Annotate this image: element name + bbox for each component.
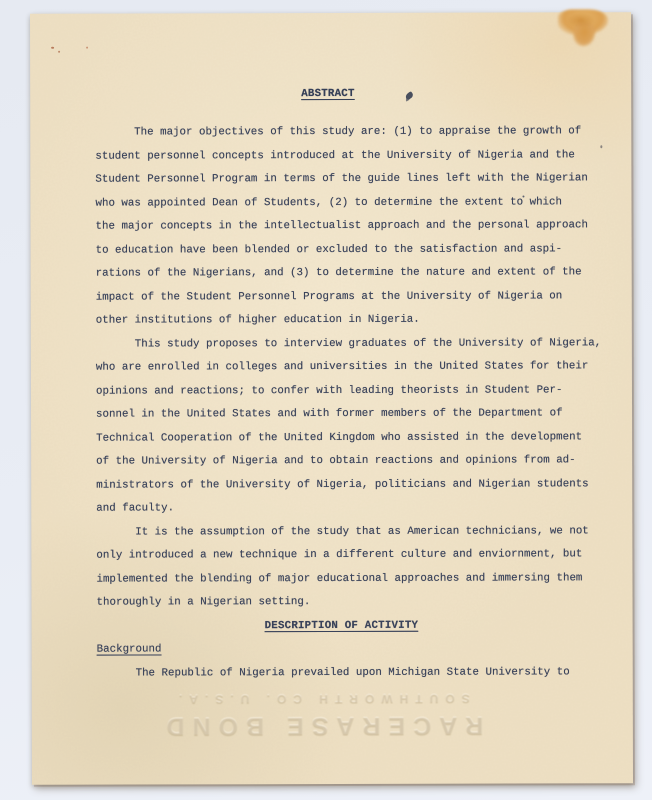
text-line: Technical Cooperation of the United King…	[96, 426, 601, 451]
text-line: The major objectives of this study are: …	[95, 120, 600, 145]
text-line: This study proposes to interview graduat…	[96, 332, 601, 357]
ink-smudge	[404, 91, 414, 100]
text-line: sonnel in the United States and with for…	[96, 402, 601, 427]
text-line: rations of the Nigerians, and (3) to det…	[96, 261, 601, 286]
scan-background: ABSTRACT The major objectives of this st…	[0, 0, 652, 800]
paper-speck	[58, 51, 60, 53]
text-line: who was appointed Dean of Students, (2) …	[95, 191, 600, 216]
section-heading: DESCRIPTION OF ACTIVITY	[265, 614, 602, 638]
subheading-label: Background	[97, 643, 162, 655]
text-line: and faculty.	[96, 496, 601, 521]
text-line: the major concepts in the intellectualis…	[96, 214, 601, 239]
paper-stain-core	[568, 13, 594, 27]
watermark-maker-text: SOUTHWORTH CO. U.S.A.	[151, 690, 491, 709]
text-line: of the University of Nigeria and to obta…	[96, 449, 601, 474]
text-line: implemented the blending of major educat…	[96, 567, 601, 592]
text-lines: The major objectives of this study are: …	[95, 120, 602, 685]
text-line: thoroughly in a Nigerian setting.	[97, 590, 602, 615]
text-line: who are enrolled in colleges and univers…	[96, 355, 601, 380]
paper-speck	[51, 47, 54, 49]
text-line: only introduced a new technique in a dif…	[96, 543, 601, 568]
abstract-heading: ABSTRACT	[301, 88, 354, 100]
text-line: It is the assumption of the study that a…	[96, 520, 601, 545]
text-line: student personnel concepts introduced at…	[95, 144, 600, 169]
text-line: impact of the Student Personnel Programs…	[96, 285, 601, 310]
watermark-bleedthrough: RACERASE BOND SOUTHWORTH CO. U.S.A.	[151, 690, 491, 745]
subheading: Background	[97, 637, 602, 662]
text-line: Student Personnel Program in terms of th…	[95, 167, 600, 192]
text-line: to education have been blended or exclud…	[96, 238, 601, 263]
section-heading-label: DESCRIPTION OF ACTIVITY	[265, 619, 419, 631]
text-line: opinions and reactions; to confer with l…	[96, 379, 601, 404]
paper-page: ABSTRACT The major objectives of this st…	[30, 12, 633, 785]
paper-speck	[86, 47, 88, 49]
watermark-brand-text: RACERASE BOND	[151, 708, 491, 745]
text-line: other institutions of higher education i…	[96, 308, 601, 333]
text-line: ministrators of the University of Nigeri…	[96, 473, 601, 498]
text-line: The Republic of Nigeria prevailed upon M…	[97, 661, 602, 686]
